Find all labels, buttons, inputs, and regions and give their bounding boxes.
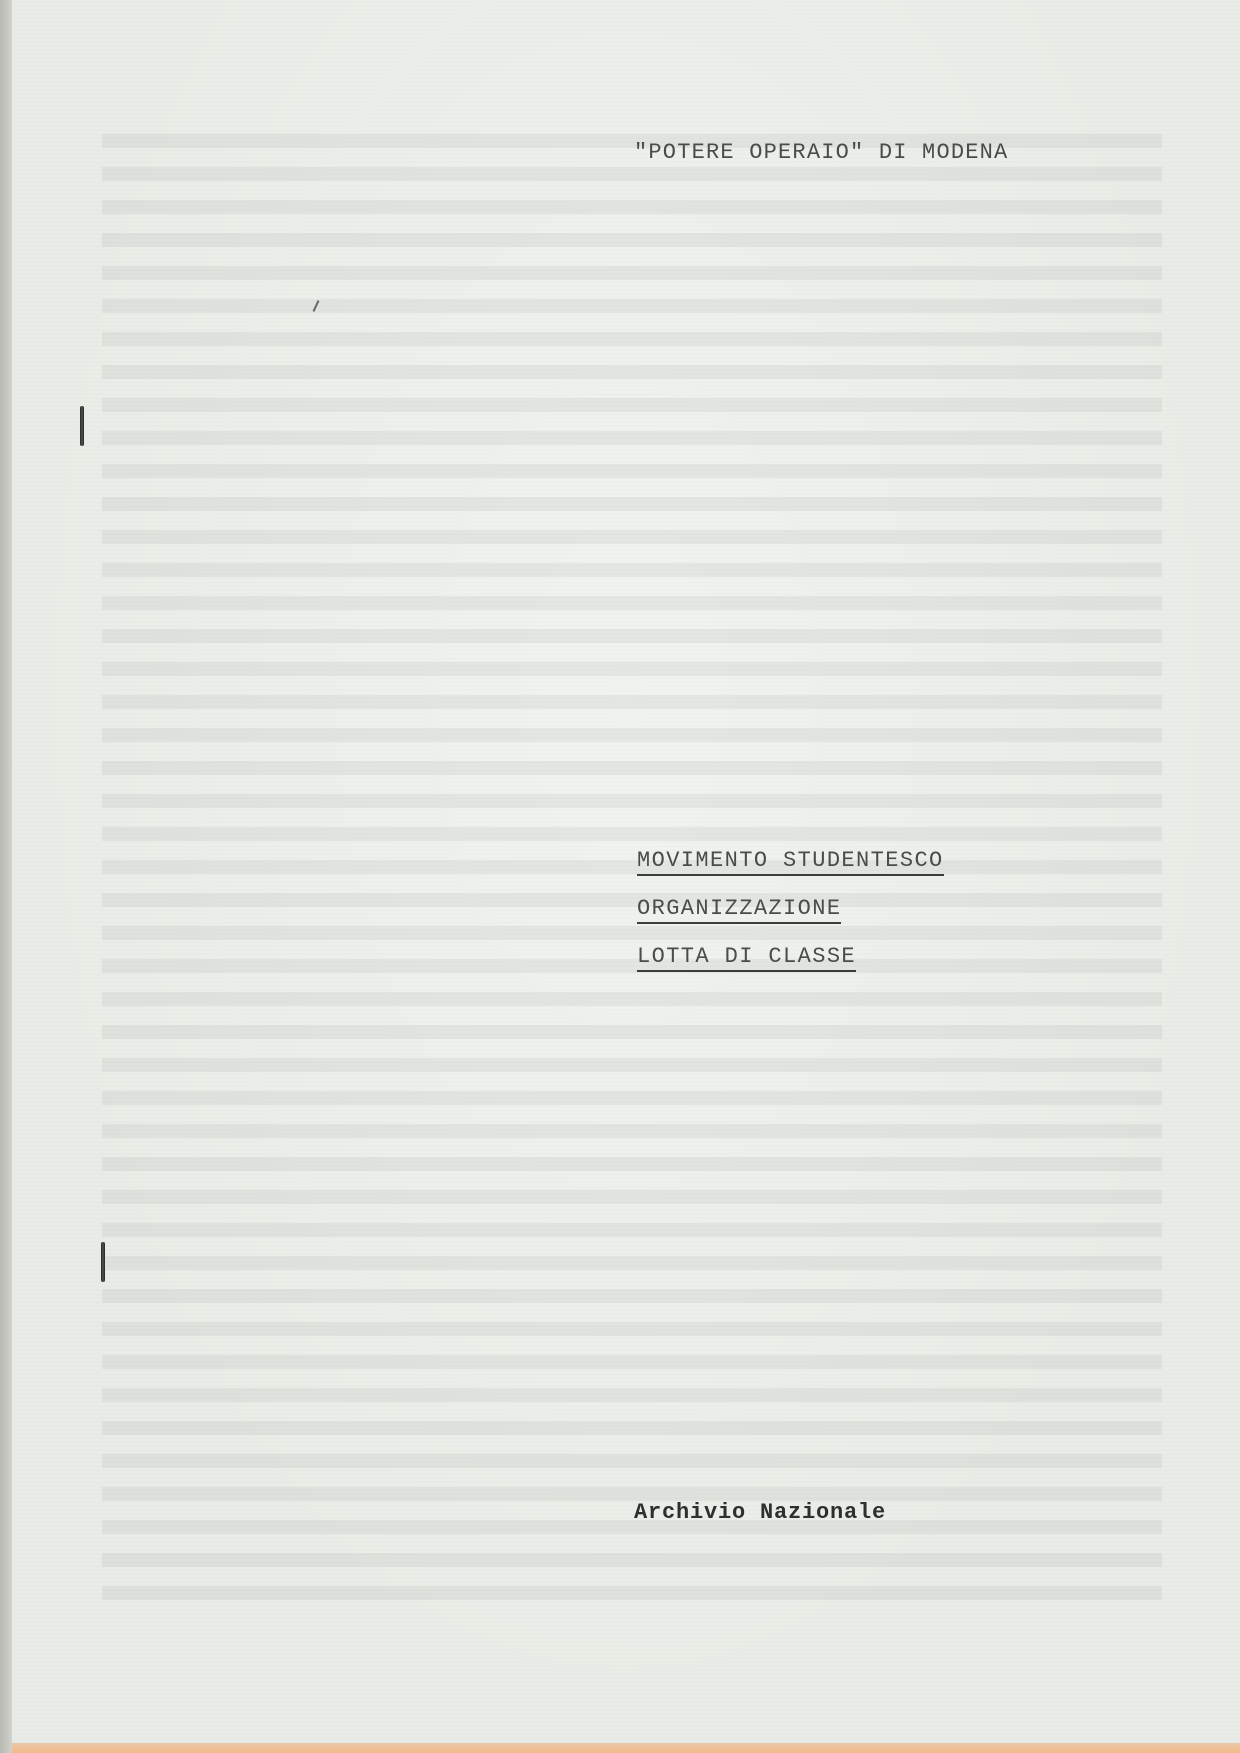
title-line-organizzazione: ORGANIZZAZIONE — [637, 896, 841, 924]
show-through-text — [102, 130, 1162, 1600]
page-binding-edge — [0, 0, 12, 1753]
staple-icon — [80, 406, 84, 446]
title-line-movimento: MOVIMENTO STUDENTESCO — [637, 848, 944, 876]
document-header: "POTERE OPERAIO" DI MODENA — [634, 140, 1008, 165]
archive-label: Archivio Nazionale — [634, 1500, 886, 1525]
title-line-lotta: LOTTA DI CLASSE — [637, 944, 856, 972]
page-bottom-edge — [12, 1743, 1240, 1753]
staple-icon — [101, 1242, 105, 1282]
document-title-block: MOVIMENTO STUDENTESCO ORGANIZZAZIONE LOT… — [637, 848, 944, 992]
document-page — [12, 0, 1240, 1743]
